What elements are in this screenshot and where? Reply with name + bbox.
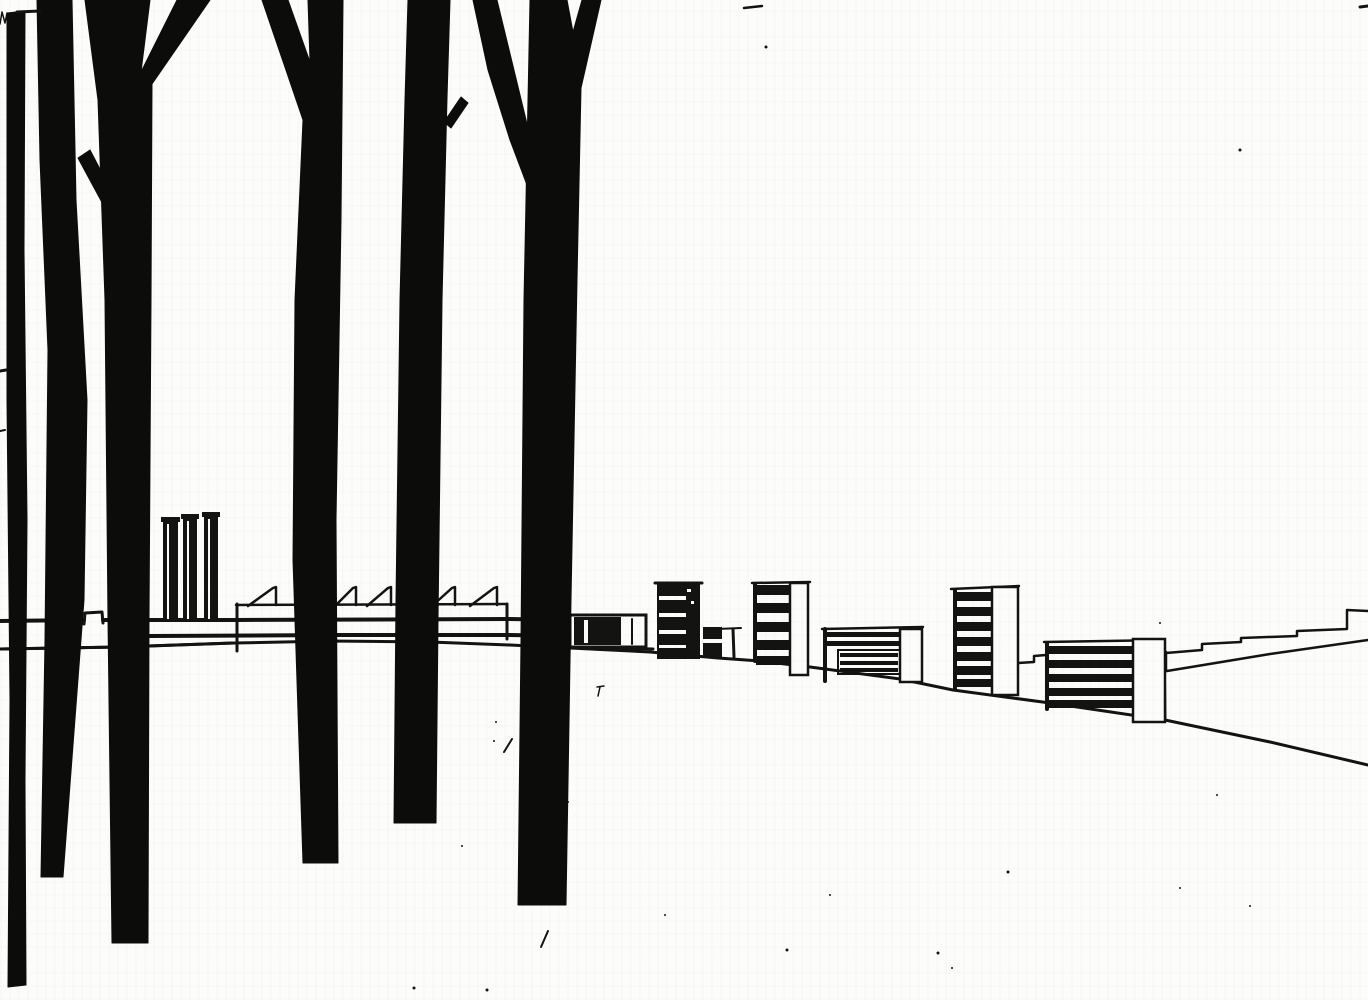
dot-16	[1249, 905, 1251, 907]
dot-7	[461, 845, 463, 847]
tree-trunk-2	[37, 0, 87, 877]
dot-9	[786, 949, 789, 952]
speck-left-dash-2	[0, 430, 5, 431]
chimney-2-body	[183, 518, 197, 622]
speck-zigzag-topleft	[0, 12, 7, 24]
slab4-floor-1	[1049, 646, 1133, 654]
speck-slash-2	[541, 931, 548, 947]
darktower-gap-4	[659, 645, 686, 648]
speck-left-dash-1	[0, 370, 6, 371]
chimney-1-slit	[167, 524, 169, 619]
speck-slash-1	[504, 739, 512, 752]
darkbox-fill	[574, 617, 621, 645]
chimney-1-body	[163, 521, 178, 622]
slab2-floor-2	[827, 641, 900, 646]
slab3-floor-4	[957, 637, 992, 646]
slab3-floor-2	[957, 607, 992, 616]
slab4-floor-4	[1049, 688, 1133, 696]
specks	[0, 6, 1368, 992]
sawtooth-1	[248, 587, 276, 606]
dot-1	[765, 46, 768, 49]
slab2-inner-floor-1	[840, 653, 898, 657]
sawtooth-2	[335, 587, 356, 606]
chimney-3-slit	[208, 519, 210, 619]
slab4-floor-2	[1049, 660, 1133, 668]
dot-2	[1239, 149, 1242, 152]
dot-3	[1159, 622, 1161, 624]
darktower-gap-1	[659, 596, 686, 600]
slab4-stair-tower	[1133, 639, 1165, 722]
slab4-floor-3	[1049, 674, 1133, 682]
smallblock-band	[703, 639, 722, 643]
speck-topright-dash	[1360, 6, 1368, 7]
tree-trunk-6	[518, 0, 601, 905]
dot-15	[1179, 887, 1181, 889]
tree-trunk-1	[7, 11, 27, 987]
darktower-speck-1	[687, 589, 691, 592]
dot-17	[413, 987, 416, 990]
tree-trunk-5	[394, 0, 450, 823]
chimney-3-cap	[202, 512, 220, 517]
speck-tick-v	[598, 687, 600, 696]
darkbox-slit	[584, 620, 588, 643]
speck-top-dash	[744, 6, 762, 8]
slab3-floor-3	[957, 622, 992, 631]
tree-5-branch-stub	[444, 97, 468, 128]
slab2-floor-1	[827, 632, 900, 637]
slab1-floor-2	[756, 603, 790, 613]
tree-trunk-4	[262, 0, 343, 863]
sawtooth-3	[367, 587, 391, 606]
slab3-floor-6	[957, 666, 992, 675]
dot-10	[829, 894, 831, 896]
chimney-2-cap	[181, 514, 199, 519]
slab1-floor-3	[756, 622, 790, 632]
slab1-floor-4	[756, 640, 790, 650]
trees	[7, 0, 601, 987]
slab3-floor-1	[957, 592, 992, 601]
dot-13	[1007, 871, 1010, 874]
dot-12	[951, 967, 953, 969]
artwork-canvas	[0, 0, 1368, 1000]
right-rising-road	[1167, 640, 1368, 671]
slab1-stair-tower	[790, 583, 808, 675]
slab2-stair-tower	[900, 629, 922, 682]
right-roofline	[1166, 610, 1368, 653]
chimney-3-body	[204, 516, 218, 622]
chimney-1-cap	[161, 517, 180, 522]
slab1-floor-1	[756, 585, 790, 595]
dot-18	[486, 989, 489, 992]
dot-11	[937, 952, 940, 955]
chimney-2-slit	[187, 521, 189, 619]
dot-14	[1216, 794, 1218, 796]
wall-bump	[84, 612, 103, 624]
dot-5	[493, 740, 495, 742]
darktower-gap-3	[659, 630, 686, 634]
slab3-floor-5	[957, 652, 992, 661]
road-tick-vertical	[733, 629, 734, 657]
dot-4	[495, 721, 497, 723]
drawing-svg	[0, 0, 1368, 1000]
step-outline	[1018, 655, 1046, 663]
slab2-inner-floor-2	[840, 661, 898, 665]
speck-trunk1-top-dash	[17, 11, 40, 12]
slab3-stair-tower	[992, 587, 1018, 695]
darktower-gap-2	[659, 613, 686, 617]
slab3-floor-7	[957, 679, 992, 687]
dot-8	[664, 914, 666, 916]
darktower-speck-2	[691, 601, 694, 604]
wall-band-lower	[150, 635, 568, 636]
tree-6-left-branch	[473, 0, 528, 185]
dot-6	[567, 801, 569, 803]
tree-trunk-3	[85, 0, 210, 943]
